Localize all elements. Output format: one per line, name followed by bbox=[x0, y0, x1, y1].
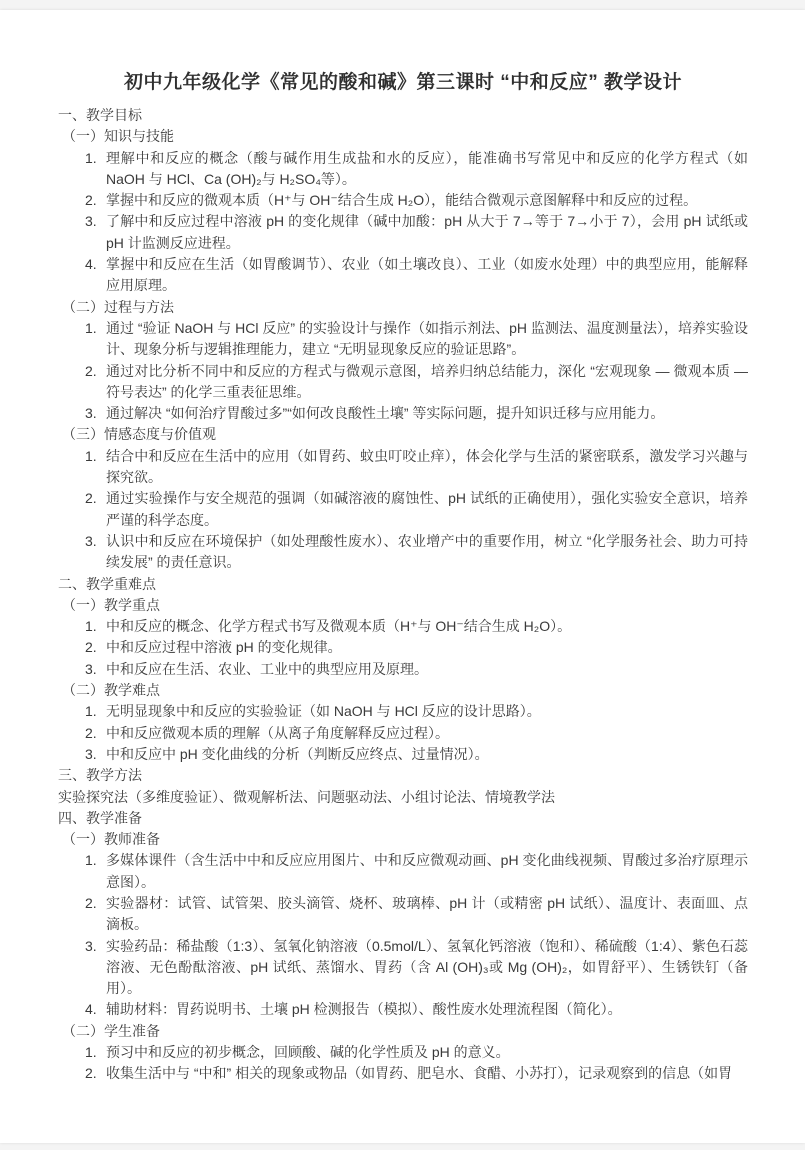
list-item-text: 中和反应在生活、农业、工业中的典型应用及原理。 bbox=[106, 659, 748, 680]
list-item: 4.辅助材料：胃药说明书、土壤 pH 检测报告（模拟）、酸性废水处理流程图（简化… bbox=[85, 999, 748, 1020]
list-item: 1.多媒体课件（含生活中中和反应应用图片、中和反应微观动画、pH 变化曲线视频、… bbox=[85, 850, 748, 893]
section-heading: 一、教学目标 bbox=[58, 105, 748, 126]
list-item-number: 2. bbox=[85, 361, 106, 404]
list-item-number: 2. bbox=[85, 723, 106, 744]
list-item-text: 中和反应过程中溶液 pH 的变化规律。 bbox=[106, 637, 748, 658]
list-item-number: 3. bbox=[85, 211, 106, 254]
list-item-text: 通过 “验证 NaOH 与 HCl 反应” 的实验设计与操作（如指示剂法、pH … bbox=[106, 318, 748, 361]
list-item: 1.通过 “验证 NaOH 与 HCl 反应” 的实验设计与操作（如指示剂法、p… bbox=[85, 318, 748, 361]
list-item-number: 3. bbox=[85, 403, 106, 424]
list-item-number: 3. bbox=[85, 659, 106, 680]
list-item: 2.掌握中和反应的微观本质（H⁺与 OH⁻结合生成 H₂O），能结合微观示意图解… bbox=[85, 190, 748, 211]
list-item: 1.中和反应的概念、化学方程式书写及微观本质（H⁺与 OH⁻结合生成 H₂O）。 bbox=[85, 616, 748, 637]
subsection-heading: （三）情感态度与价值观 bbox=[62, 424, 748, 445]
subsection-heading: （二）学生准备 bbox=[62, 1021, 748, 1042]
list-item-number: 2. bbox=[85, 637, 106, 658]
document-title: 初中九年级化学《常见的酸和碱》第三课时 “中和反应” 教学设计 bbox=[58, 70, 748, 96]
list-item: 3.中和反应中 pH 变化曲线的分析（判断反应终点、过量情况）。 bbox=[85, 744, 748, 765]
list-item: 1.无明显现象中和反应的实验验证（如 NaOH 与 HCl 反应的设计思路）。 bbox=[85, 701, 748, 722]
list-item: 3.中和反应在生活、农业、工业中的典型应用及原理。 bbox=[85, 659, 748, 680]
list-item-text: 掌握中和反应的微观本质（H⁺与 OH⁻结合生成 H₂O），能结合微观示意图解释中… bbox=[106, 190, 748, 211]
document-body: 一、教学目标（一）知识与技能1.理解中和反应的概念（酸与碱作用生成盐和水的反应）… bbox=[58, 105, 748, 1085]
list-item-text: 理解中和反应的概念（酸与碱作用生成盐和水的反应），能准确书写常见中和反应的化学方… bbox=[106, 148, 748, 191]
list-item-text: 实验器材：试管、试管架、胶头滴管、烧杯、玻璃棒、pH 计（或精密 pH 试纸）、… bbox=[106, 893, 748, 936]
subsection-heading: （一）教学重点 bbox=[62, 595, 748, 616]
list-item: 3.了解中和反应过程中溶液 pH 的变化规律（碱中加酸：pH 从大于 7→等于 … bbox=[85, 211, 748, 254]
paragraph: 实验探究法（多维度验证）、微观解析法、问题驱动法、小组讨论法、情境教学法 bbox=[58, 787, 748, 808]
list-item-text: 通过实验操作与安全规范的强调（如碱溶液的腐蚀性、pH 试纸的正确使用），强化实验… bbox=[106, 488, 748, 531]
list-item-text: 预习中和反应的初步概念，回顾酸、碱的化学性质及 pH 的意义。 bbox=[106, 1042, 748, 1063]
list-item: 3.通过解决 “如何治疗胃酸过多”“如何改良酸性土壤” 等实际问题，提升知识迁移… bbox=[85, 403, 748, 424]
list-item: 2.中和反应微观本质的理解（从离子角度解释反应过程）。 bbox=[85, 723, 748, 744]
list-item: 2.收集生活中与 “中和” 相关的现象或物品（如胃药、肥皂水、食醋、小苏打），记… bbox=[85, 1063, 748, 1084]
list-item-number: 1. bbox=[85, 701, 106, 722]
document-page: 初中九年级化学《常见的酸和碱》第三课时 “中和反应” 教学设计 一、教学目标（一… bbox=[0, 10, 805, 1143]
list-item-number: 4. bbox=[85, 999, 106, 1020]
list-item-text: 收集生活中与 “中和” 相关的现象或物品（如胃药、肥皂水、食醋、小苏打），记录观… bbox=[106, 1063, 748, 1084]
list-item: 1.理解中和反应的概念（酸与碱作用生成盐和水的反应），能准确书写常见中和反应的化… bbox=[85, 148, 748, 191]
list-item-number: 1. bbox=[85, 850, 106, 893]
list-item-number: 3. bbox=[85, 936, 106, 1000]
list-item-number: 1. bbox=[85, 318, 106, 361]
list-item-text: 中和反应的概念、化学方程式书写及微观本质（H⁺与 OH⁻结合生成 H₂O）。 bbox=[106, 616, 748, 637]
list-item: 4.掌握中和反应在生活（如胃酸调节）、农业（如土壤改良）、工业（如废水处理）中的… bbox=[85, 254, 748, 297]
list-item-number: 2. bbox=[85, 1063, 106, 1084]
list-item: 3.认识中和反应在环境保护（如处理酸性废水）、农业增产中的重要作用，树立 “化学… bbox=[85, 531, 748, 574]
list-item-text: 无明显现象中和反应的实验验证（如 NaOH 与 HCl 反应的设计思路）。 bbox=[106, 701, 748, 722]
list-item: 2.实验器材：试管、试管架、胶头滴管、烧杯、玻璃棒、pH 计（或精密 pH 试纸… bbox=[85, 893, 748, 936]
list-item-number: 3. bbox=[85, 531, 106, 574]
list-item: 2.中和反应过程中溶液 pH 的变化规律。 bbox=[85, 637, 748, 658]
list-item-number: 1. bbox=[85, 616, 106, 637]
list-item-number: 1. bbox=[85, 148, 106, 191]
list-item-text: 辅助材料：胃药说明书、土壤 pH 检测报告（模拟）、酸性废水处理流程图（简化）。 bbox=[106, 999, 748, 1020]
list-item-text: 实验药品：稀盐酸（1:3）、氢氧化钠溶液（0.5mol/L）、氢氧化钙溶液（饱和… bbox=[106, 936, 748, 1000]
list-item-number: 4. bbox=[85, 254, 106, 297]
list-item-number: 3. bbox=[85, 744, 106, 765]
subsection-heading: （二）过程与方法 bbox=[62, 297, 748, 318]
list-item: 2.通过对比分析不同中和反应的方程式与微观示意图，培养归纳总结能力，深化 “宏观… bbox=[85, 361, 748, 404]
list-item-text: 通过对比分析不同中和反应的方程式与微观示意图，培养归纳总结能力，深化 “宏观现象… bbox=[106, 361, 748, 404]
list-item: 3.实验药品：稀盐酸（1:3）、氢氧化钠溶液（0.5mol/L）、氢氧化钙溶液（… bbox=[85, 936, 748, 1000]
list-item: 1.结合中和反应在生活中的应用（如胃药、蚊虫叮咬止痒），体会化学与生活的紧密联系… bbox=[85, 446, 748, 489]
list-item-text: 中和反应微观本质的理解（从离子角度解释反应过程）。 bbox=[106, 723, 748, 744]
section-heading: 二、教学重难点 bbox=[58, 574, 748, 595]
list-item-number: 1. bbox=[85, 1042, 106, 1063]
list-item-number: 2. bbox=[85, 190, 106, 211]
list-item-number: 2. bbox=[85, 893, 106, 936]
subsection-heading: （一）知识与技能 bbox=[62, 126, 748, 147]
list-item-text: 通过解决 “如何治疗胃酸过多”“如何改良酸性土壤” 等实际问题，提升知识迁移与应… bbox=[106, 403, 748, 424]
list-item-text: 中和反应中 pH 变化曲线的分析（判断反应终点、过量情况）。 bbox=[106, 744, 748, 765]
list-item-text: 了解中和反应过程中溶液 pH 的变化规律（碱中加酸：pH 从大于 7→等于 7→… bbox=[106, 211, 748, 254]
subsection-heading: （二）教学难点 bbox=[62, 680, 748, 701]
section-heading: 四、教学准备 bbox=[58, 808, 748, 829]
list-item: 1.预习中和反应的初步概念，回顾酸、碱的化学性质及 pH 的意义。 bbox=[85, 1042, 748, 1063]
list-item-text: 多媒体课件（含生活中中和反应应用图片、中和反应微观动画、pH 变化曲线视频、胃酸… bbox=[106, 850, 748, 893]
list-item-number: 2. bbox=[85, 488, 106, 531]
list-item-text: 结合中和反应在生活中的应用（如胃药、蚊虫叮咬止痒），体会化学与生活的紧密联系，激… bbox=[106, 446, 748, 489]
section-heading: 三、教学方法 bbox=[58, 765, 748, 786]
list-item-number: 1. bbox=[85, 446, 106, 489]
subsection-heading: （一）教师准备 bbox=[62, 829, 748, 850]
list-item-text: 认识中和反应在环境保护（如处理酸性废水）、农业增产中的重要作用，树立 “化学服务… bbox=[106, 531, 748, 574]
list-item-text: 掌握中和反应在生活（如胃酸调节）、农业（如土壤改良）、工业（如废水处理）中的典型… bbox=[106, 254, 748, 297]
list-item: 2.通过实验操作与安全规范的强调（如碱溶液的腐蚀性、pH 试纸的正确使用），强化… bbox=[85, 488, 748, 531]
